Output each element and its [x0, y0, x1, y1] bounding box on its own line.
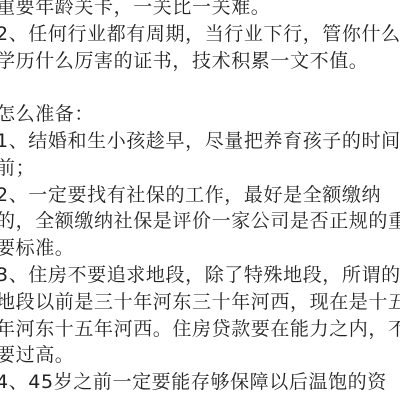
text-line: 1、结婚和生小孩趁早，尽量把养育孩子的时间提: [0, 128, 400, 155]
text-line: 2、任何行业都有周期，当行业下行，管你什么: [0, 21, 400, 48]
section-heading: 怎么准备：: [0, 101, 400, 128]
document-page: 重要年龄关卡，一关比一关难。 2、任何行业都有周期，当行业下行，管你什么 学历什…: [0, 0, 400, 400]
text-line: 要标准。: [0, 235, 400, 262]
text-line: 2、一定要找有社保的工作，最好是全额缴纳: [0, 182, 400, 209]
text-line: 重要年龄关卡，一关比一关难。: [0, 0, 400, 21]
text-line: 前；: [0, 155, 400, 182]
text-line: 4、45岁之前一定要能存够保障以后温饱的资: [0, 369, 400, 396]
blank-line: [0, 74, 400, 101]
text-line: 学历什么厉害的证书，技术积累一文不值。: [0, 48, 400, 75]
article-text: 重要年龄关卡，一关比一关难。 2、任何行业都有周期，当行业下行，管你什么 学历什…: [0, 0, 400, 396]
text-line: 的，全额缴纳社保是评价一家公司是否正规的重: [0, 208, 400, 235]
text-line: 年河东十五年河西。住房贷款要在能力之内，不: [0, 316, 400, 343]
text-line: 要过高。: [0, 342, 400, 369]
text-line: 地段以前是三十年河东三十年河西，现在是十五: [0, 289, 400, 316]
text-line: 3、住房不要追求地段，除了特殊地段，所谓的: [0, 262, 400, 289]
